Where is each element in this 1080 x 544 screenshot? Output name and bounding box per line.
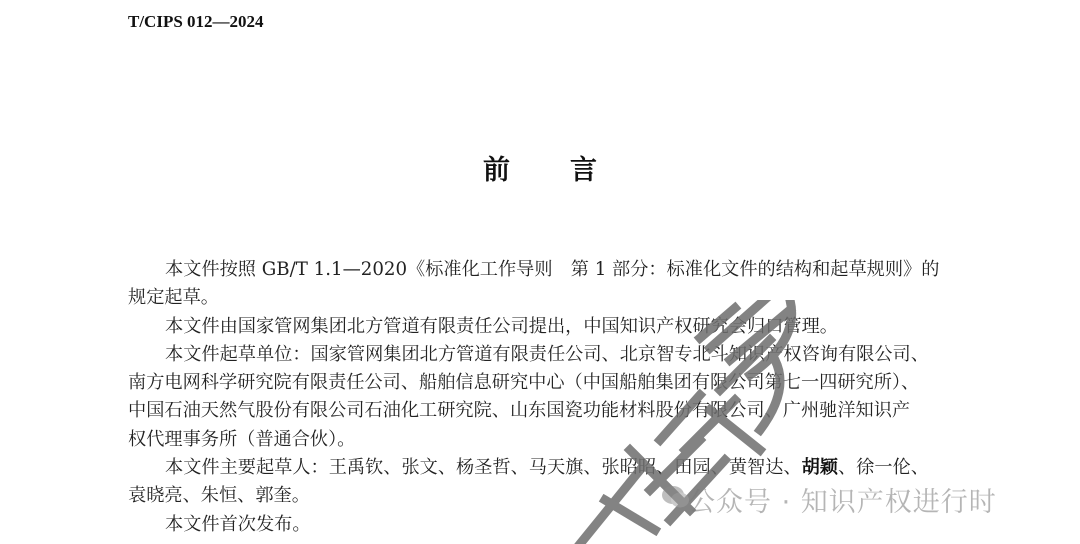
- paragraph-line: 南方电网科学研究院有限责任公司、船舶信息研究中心（中国船舶集团有限公司第七一四研…: [128, 369, 954, 397]
- paragraph-line: 本文件起草单位：国家管网集团北方管道有限责任公司、北京智专北斗知识产权咨询有限公…: [128, 341, 954, 369]
- drafter-bold-name: 胡颖: [802, 457, 838, 478]
- paragraph-line: 本文件主要起草人：王禹钦、张文、杨圣哲、马天旗、张昭昭、田园、黄智达、胡颖、徐一…: [128, 454, 954, 482]
- wechat-icon: [661, 482, 691, 512]
- title-char-1: 前: [483, 148, 510, 187]
- paragraph-line: 本文件按照 GB/T 1.1—2020《标准化工作导则 第 1 部分：标准化文件…: [128, 256, 954, 284]
- paragraph-line: 本文件由国家管网集团北方管道有限责任公司提出，中国知识产权研究会归口管理。: [128, 313, 954, 341]
- drafters-text: 、徐一伦、: [838, 457, 929, 478]
- watermark-text: 公众号 · 知识产权进行时: [688, 480, 997, 519]
- document-code: T/CIPS 012—2024: [128, 12, 264, 32]
- title-char-2: 言: [570, 148, 597, 187]
- drafters-text: 本文件主要起草人：王禹钦、张文、杨圣哲、马天旗、张昭昭、田园、黄智达、: [165, 457, 802, 478]
- paragraph-line: 权代理事务所（普通合伙）。: [128, 426, 954, 454]
- paragraph-line: 中国石油天然气股份有限公司石油化工研究院、山东国瓷功能材料股份有限公司、广州驰洋…: [128, 397, 954, 425]
- paragraph-line: 规定起草。: [128, 284, 954, 312]
- page-title: 前言: [0, 148, 1080, 187]
